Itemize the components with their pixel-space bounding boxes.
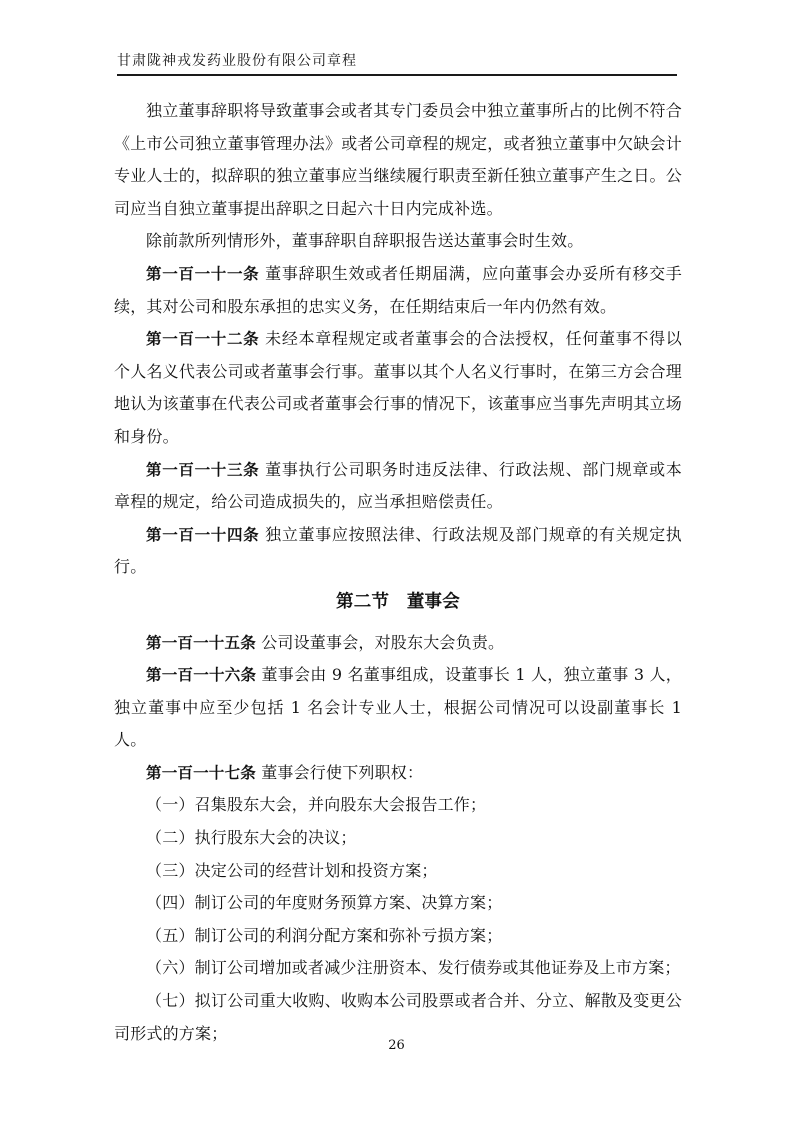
list-item: （六）制订公司增加或者减少注册资本、发行债券或其他证券及上市方案； (114, 952, 682, 985)
article-paragraph: 第一百一十三条 董事执行公司职务时违反法律、行政法规、部门规章或本章程的规定，给… (114, 454, 682, 519)
article-paragraph: 第一百一十五条 公司设董事会，对股东大会负责。 (114, 627, 682, 660)
article-number: 第一百一十一条 (146, 265, 259, 283)
document-body: 独立董事辞职将导致董事会或者其专门委员会中独立董事所占的比例不符合《上市公司独立… (114, 95, 682, 1050)
article-number: 第一百一十六条 (146, 666, 256, 684)
article-paragraph: 第一百一十一条 董事辞职生效或者任期届满，应向董事会办妥所有移交手续，其对公司和… (114, 258, 682, 323)
article-paragraph: 第一百一十四条 独立董事应按照法律、行政法规及部门规章的有关规定执行。 (114, 519, 682, 584)
page-footer: 26 (0, 1038, 793, 1053)
list-item: （五）制订公司的利润分配方案和弥补亏损方案； (114, 920, 682, 953)
article-number: 第一百一十四条 (146, 526, 259, 544)
article-number: 第一百一十三条 (146, 461, 259, 479)
page-number: 26 (388, 1038, 405, 1053)
article-number: 第一百一十七条 (146, 764, 256, 782)
page-header: 甘肃陇神戎发药业股份有限公司章程 (117, 52, 677, 76)
list-item: （三）决定公司的经营计划和投资方案； (114, 855, 682, 888)
list-item: （四）制订公司的年度财务预算方案、决算方案； (114, 887, 682, 920)
section-heading: 第二节 董事会 (114, 586, 682, 619)
article-paragraph: 第一百一十六条 董事会由 9 名董事组成，设董事长 1 人，独立董事 3 人，独… (114, 659, 682, 757)
body-paragraph: 独立董事辞职将导致董事会或者其专门委员会中独立董事所占的比例不符合《上市公司独立… (114, 95, 682, 225)
article-number: 第一百一十二条 (146, 330, 259, 348)
body-paragraph: 除前款所列情形外，董事辞职自辞职报告送达董事会时生效。 (114, 225, 682, 258)
article-paragraph: 第一百一十七条 董事会行使下列职权： (114, 757, 682, 790)
header-title: 甘肃陇神戎发药业股份有限公司章程 (117, 53, 357, 69)
article-number: 第一百一十五条 (146, 634, 256, 652)
article-paragraph: 第一百一十二条 未经本章程规定或者董事会的合法授权，任何董事不得以个人名义代表公… (114, 323, 682, 453)
document-page: 甘肃陇神戎发药业股份有限公司章程 独立董事辞职将导致董事会或者其专门委员会中独立… (0, 0, 793, 1122)
list-item: （二）执行股东大会的决议； (114, 822, 682, 855)
list-item: （一）召集股东大会，并向股东大会报告工作； (114, 789, 682, 822)
